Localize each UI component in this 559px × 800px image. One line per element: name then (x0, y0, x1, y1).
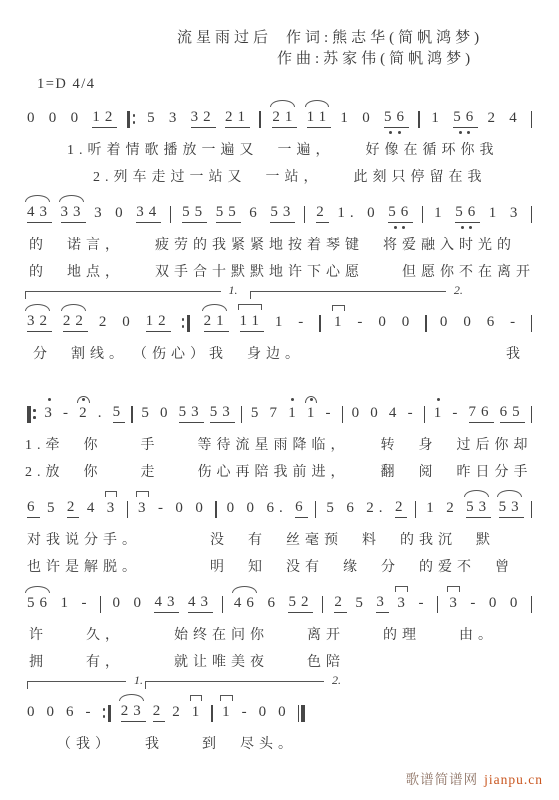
lyric-line-verse1: 对我说分手。 没 有 丝毫预 料 的我沉 默 (25, 531, 537, 551)
lyric-line-verse1: 许 久， 始终在问你 离开 的理 由。 (25, 626, 537, 646)
barline (304, 206, 308, 223)
note-group: 3 (138, 499, 151, 518)
note-group: 0 (27, 109, 40, 128)
note-group: 0 (259, 703, 272, 722)
barline (131, 406, 135, 423)
note-group: 43 (188, 593, 213, 613)
system-6: 561-004343466522533-3-00 许 久， 始终在问你 离开 的… (25, 581, 537, 673)
lyricist-credit: 作词:熊志华(简帆鸿梦) (286, 30, 483, 46)
note-group: 0 (133, 594, 146, 613)
note-group: 3 (169, 109, 182, 128)
watermark-domain: jianpu.cn (484, 772, 543, 787)
music-line: 652433-00006.6562.2125353 (25, 486, 537, 527)
note-group: 2 (99, 313, 112, 332)
note-group: 65 (500, 403, 525, 423)
note-group: 1 (340, 109, 353, 128)
lyric-line-verse2: 的 地点， 双手合十默默地许下心愿 但愿你不在离开 (25, 263, 537, 283)
note-group: 4 (509, 109, 522, 128)
note-group: 3 (449, 594, 462, 613)
note-group: 56 (455, 203, 480, 223)
lyric-line-verse2: 拥 有， 就让唯美夜 色陪 (25, 653, 537, 673)
note-group: 34 (136, 203, 161, 223)
note-group: - (470, 594, 480, 613)
note-group: 3 (94, 204, 107, 223)
barline (319, 315, 323, 332)
barline (425, 315, 429, 332)
barline (298, 705, 308, 722)
note-group: 0 (440, 313, 453, 332)
barline (422, 206, 426, 223)
note-group: 2 (67, 498, 80, 518)
volta-brackets: 1. 2. (25, 286, 537, 300)
note-group: 32 (27, 312, 52, 332)
note-group: 6. (266, 499, 287, 518)
note-group: 0 (510, 594, 523, 613)
note-group: 2 (334, 593, 347, 613)
note-group: 5 (113, 403, 126, 423)
note-group: 33 (61, 203, 86, 223)
composer-credit: 作曲:苏家伟(简帆鸿梦) (277, 49, 537, 69)
note-group: 55 (216, 203, 241, 223)
note-group: 56 (27, 594, 52, 613)
note-group: - (242, 703, 252, 722)
note-group: - (510, 313, 520, 332)
first-ending-bracket: 1. (25, 291, 221, 299)
note-group: 43 (27, 203, 52, 223)
note-group: 1. (337, 204, 358, 223)
note-group: 1 (431, 109, 444, 128)
barline (315, 501, 319, 518)
barline (531, 501, 535, 518)
note-group: 53 (270, 203, 295, 223)
second-ending-bracket: 2. (145, 681, 324, 689)
note-group: 6 (346, 499, 359, 518)
note-group: 0 (402, 313, 415, 332)
note-group: 2 (79, 404, 92, 423)
note-group: 4 (389, 404, 402, 423)
note-group: 5 (251, 404, 264, 423)
barline (418, 111, 422, 128)
note-group: 1 (222, 703, 235, 722)
note-group: 5 (355, 594, 368, 613)
note-group: 2 (316, 203, 329, 223)
barline (322, 596, 326, 613)
system-1: 000125332212111105615624 1.听着情歌播放一遍又 一遍，… (25, 96, 537, 188)
note-group: 11 (240, 312, 264, 332)
note-group: 0 (370, 404, 383, 423)
note-group: 1 (426, 499, 439, 518)
barline (342, 406, 346, 423)
note-group: - (452, 404, 462, 423)
lyric-line-verse1: 1.听着情歌播放一遍又 一遍， 好像在循环你我 (25, 141, 537, 161)
barline (531, 596, 535, 613)
barline (103, 705, 114, 722)
note-group: 0 (362, 109, 375, 128)
note-group: 2 (153, 702, 166, 722)
note-group: 0 (160, 404, 173, 423)
note-group: 5 (147, 109, 160, 128)
note-group: 1 (334, 313, 347, 332)
note-group: - (82, 594, 92, 613)
note-group: 0 (71, 109, 84, 128)
note-group: 1 (192, 703, 205, 722)
song-title: 流星雨过后 (177, 30, 272, 46)
note-group: 1 (434, 204, 447, 223)
note-group: 12 (146, 312, 171, 332)
lyric-line: 分 割线。 （伤心）我 身边。 我 (25, 345, 537, 365)
note-group: 1 (275, 313, 288, 332)
note-group: 0 (489, 594, 502, 613)
note-group: 3 (44, 404, 57, 423)
music-line: 3222201221111-1-00006- (25, 300, 537, 341)
note-group: 2 (446, 499, 459, 518)
note-group: 0 (47, 703, 60, 722)
note-group: 7 (270, 404, 283, 423)
note-group: 32 (191, 108, 216, 128)
note-group: 1 (307, 404, 320, 423)
note-group: 43 (154, 593, 179, 613)
barline (27, 406, 38, 423)
music-line: 3-2.55053535711-004-1-7665 (25, 391, 537, 432)
note-group: - (298, 313, 308, 332)
watermark: 歌谱简谱网jianpu.cn (406, 768, 543, 788)
note-group: 0 (122, 313, 135, 332)
note-group: 6 (487, 313, 500, 332)
note-group: 53 (210, 403, 235, 423)
volta-brackets: 1. 2. (25, 676, 537, 690)
note-group: 22 (63, 312, 88, 332)
barline (100, 596, 104, 613)
system-4: 3-2.55053535711-004-1-7665 1.牵 你 手 等待流星雨… (25, 391, 537, 483)
note-group: 5 (47, 499, 60, 518)
note-group: 0 (227, 499, 240, 518)
lyric-line-verse2: 2.放 你 走 伤心再陪我前进， 翻 阅 昨日分手 (25, 463, 537, 483)
note-group: 21 (225, 108, 250, 128)
note-group: 1 (61, 594, 74, 613)
note-group: . (98, 404, 107, 423)
note-group: - (357, 313, 367, 332)
note-group: 3 (510, 204, 523, 223)
note-group: 3 (107, 499, 120, 518)
barline (531, 315, 535, 332)
barline (241, 406, 245, 423)
volta-label: 2. (332, 673, 341, 688)
note-group: 2 (395, 498, 408, 518)
music-line: 43333034555565321.05615613 (25, 191, 537, 232)
note-group: - (325, 404, 335, 423)
volta-label: 2. (454, 283, 463, 298)
note-group: 56 (453, 108, 478, 128)
first-ending-bracket: 1. (27, 681, 126, 689)
note-group: 12 (92, 108, 117, 128)
music-line: 006-232211-00 (25, 690, 537, 731)
lyric-line-verse1: 的 诺言， 疲劳的我紧紧地按着琴键 将爱融入时光的 (25, 236, 537, 256)
note-group: 0 (352, 404, 365, 423)
music-line: 561-004343466522533-3-00 (25, 581, 537, 622)
note-group: 5 (141, 404, 154, 423)
note-group: 4 (87, 499, 100, 518)
sheet-music-page: 流星雨过后作词:熊志华(简帆鸿梦) 作曲:苏家伟(简帆鸿梦) 1=D 4/4 0… (0, 0, 559, 800)
note-group: 2 (172, 703, 185, 722)
barline (127, 501, 131, 518)
key-time-signature: 1=D 4/4 (37, 76, 537, 93)
note-group: - (158, 499, 168, 518)
volta-label: 1. (229, 283, 238, 298)
note-group: - (418, 594, 428, 613)
lyric-line-verse2: 也许是解脱。 明 知 没有 缘 分 的爱不 曾 (25, 558, 537, 578)
barline (424, 406, 428, 423)
barline (170, 206, 174, 223)
note-group: 2 (487, 109, 500, 128)
note-group: 0 (247, 499, 260, 518)
note-group: 76 (469, 403, 494, 423)
note-group: 56 (388, 203, 413, 223)
note-group: 21 (272, 108, 297, 128)
note-group: 55 (182, 203, 207, 223)
second-ending-bracket: 2. (250, 291, 446, 299)
note-group: 0 (278, 703, 291, 722)
lyric-line: （我） 我 到 尽头。 (25, 735, 537, 755)
note-group: 6 (295, 498, 308, 518)
barline (127, 111, 138, 128)
note-group: 56 (384, 108, 409, 128)
system-5: 652433-00006.6562.2125353 对我说分手。 没 有 丝毫预… (25, 486, 537, 578)
note-group: 6 (249, 204, 262, 223)
note-group: 21 (204, 312, 229, 332)
note-group: 0 (112, 594, 125, 613)
note-group: 53 (179, 403, 204, 423)
system-2: 43333034555565321.05615613 的 诺言， 疲劳的我紧紧地… (25, 191, 537, 283)
barline (437, 596, 441, 613)
note-group: 2. (366, 499, 387, 518)
note-group: - (408, 404, 418, 423)
note-group: 11 (307, 108, 331, 128)
note-group: 1 (434, 404, 447, 423)
note-group: 53 (466, 498, 491, 518)
note-group: 0 (195, 499, 208, 518)
note-group: - (63, 404, 73, 423)
lyric-line-verse2: 2.列车走过一站又 一站， 此刻只停留在我 (25, 168, 537, 188)
note-group: 0 (463, 313, 476, 332)
watermark-site: 歌谱简谱网 (406, 772, 479, 787)
note-group: 0 (367, 204, 380, 223)
barline (531, 206, 535, 223)
note-group: 0 (115, 204, 128, 223)
barline (182, 315, 193, 332)
barline (215, 501, 219, 518)
note-group: 6 (27, 498, 40, 518)
note-group: 3 (376, 593, 389, 613)
note-group: 1 (489, 204, 502, 223)
note-group: 23 (121, 702, 146, 722)
barline (415, 501, 419, 518)
system-7: 1. 2. 006-232211-00 （我） 我 到 尽头。 (25, 676, 537, 755)
note-group: 46 (234, 594, 259, 613)
barline (211, 705, 215, 722)
note-group: 0 (175, 499, 188, 518)
note-group: 53 (499, 498, 524, 518)
note-group: - (86, 703, 96, 722)
barline (222, 596, 226, 613)
barline (259, 111, 263, 128)
note-group: 52 (288, 593, 313, 613)
header-line-1: 流星雨过后作词:熊志华(简帆鸿梦) (177, 28, 537, 48)
note-group: 0 (378, 313, 391, 332)
note-group: 0 (27, 703, 40, 722)
note-group: 3 (397, 594, 410, 613)
barline (531, 406, 535, 423)
music-line: 000125332212111105615624 (25, 96, 537, 137)
lyric-line-verse1: 1.牵 你 手 等待流星雨降临， 转 身 过后你却 (25, 436, 537, 456)
note-group: 1 (288, 404, 301, 423)
barline (531, 111, 535, 128)
volta-label: 1. (134, 673, 143, 688)
note-group: 6 (66, 703, 79, 722)
note-group: 5 (326, 499, 339, 518)
note-group: 6 (267, 594, 280, 613)
note-group: 0 (49, 109, 62, 128)
system-3: 1. 2. 3222201221111-1-00006- 分 割线。 （伤心）我… (25, 286, 537, 365)
